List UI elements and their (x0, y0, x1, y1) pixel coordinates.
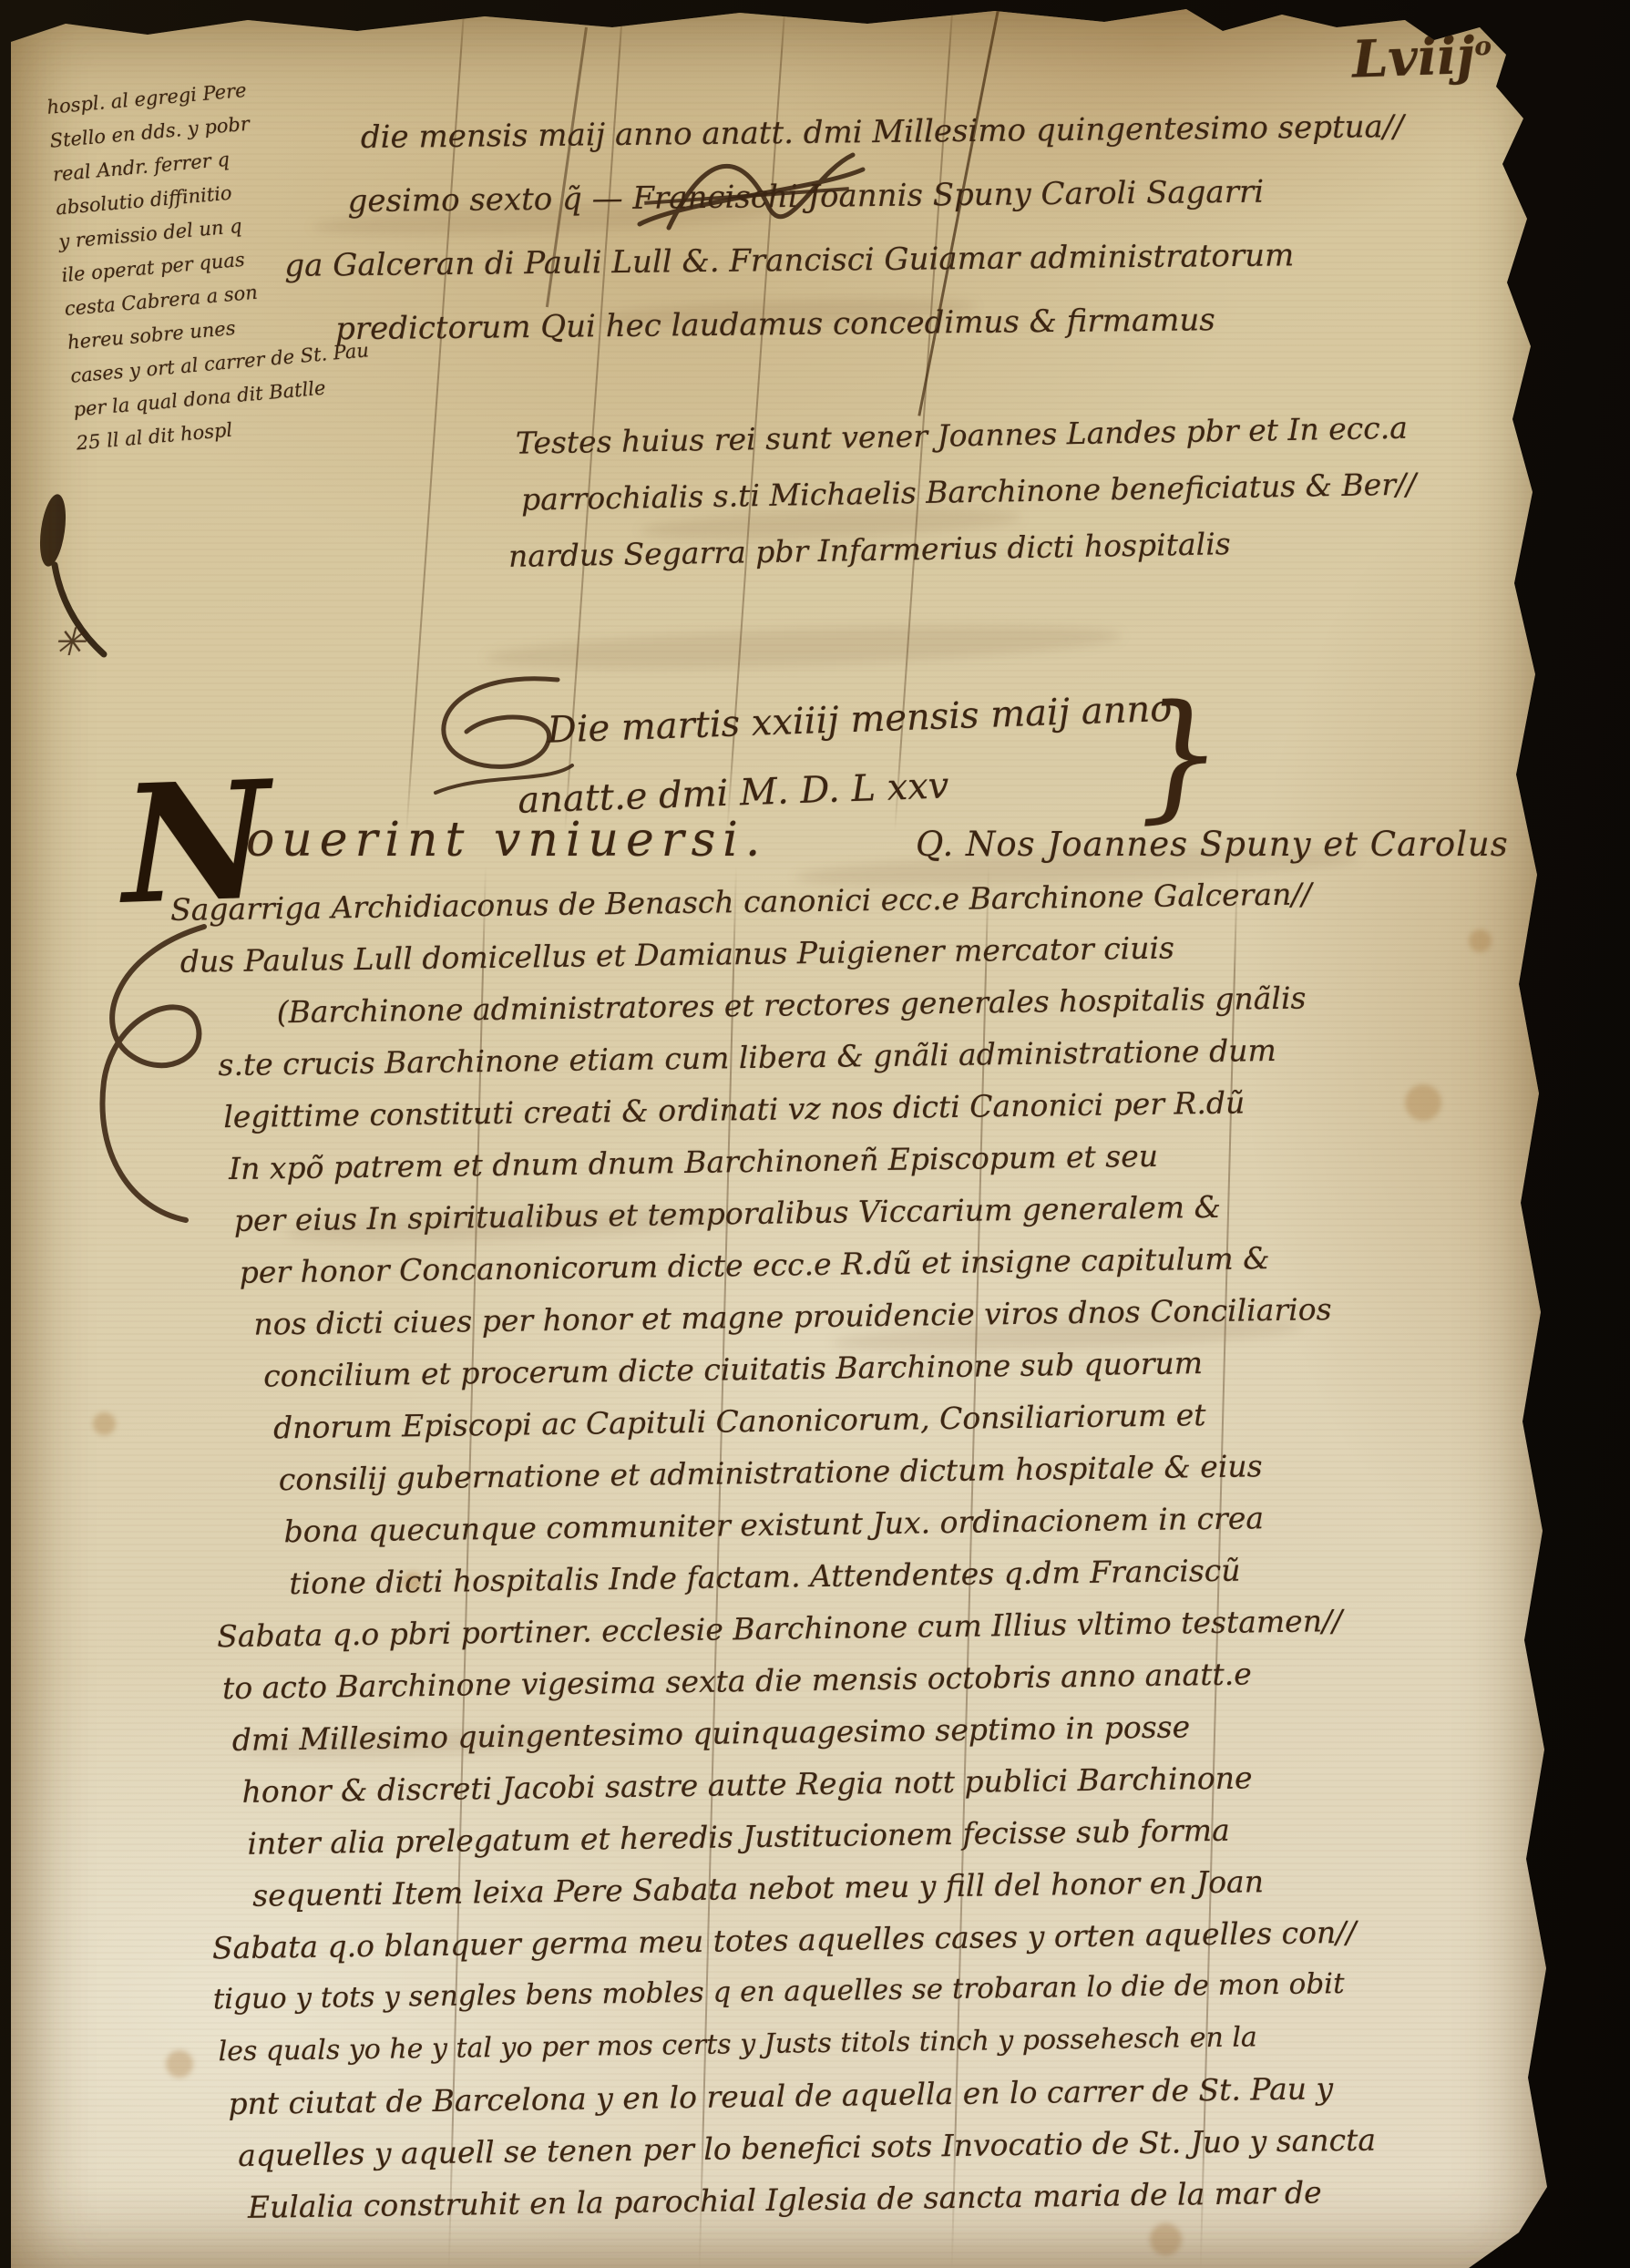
foxing-spot (1469, 929, 1492, 952)
foxing-spot (1405, 1084, 1441, 1121)
folio-number: Lviijo (1351, 25, 1493, 89)
margin-asterisk: ✳ (53, 620, 85, 664)
opening-paragraph: die mensis maij anno anatt. dmi Millesim… (10, 95, 1407, 364)
opening-line: ga Galceran di Pauli Lull &. Francisci G… (284, 222, 1406, 298)
folio-superscript: o (1474, 31, 1492, 62)
body-text: Sagarriga Archidiaconus de Benasch canon… (2, 867, 1377, 2237)
corner-mark: o (1560, 5, 1573, 31)
opening-line: die mensis maij anno anatt. dmi Millesim… (361, 95, 1405, 169)
incipit-tail-text: Q. Nos Joannes Spuny et Carolus (916, 825, 1509, 864)
incipit-line: ouerint vniuersi.Q. Nos Joannes Spuny et… (246, 813, 1509, 867)
incipit-large-text: ouerint vniuersi. (246, 813, 916, 867)
foxing-spot (1150, 2223, 1182, 2255)
opening-line: predictorum Qui hec laudamus concedimus … (335, 286, 1407, 361)
opening-line: gesimo sexto q̃ — Francischi Joannis Spu… (347, 159, 1405, 233)
manuscript-page: Lviijo o hospl. al egregi PereStello en … (11, 0, 1564, 2268)
manuscript-scan: Lviijo o hospl. al egregi PereStello en … (0, 0, 1630, 2268)
witness-clause: Testes huius rei sunt vener Joannes Land… (9, 400, 1417, 594)
